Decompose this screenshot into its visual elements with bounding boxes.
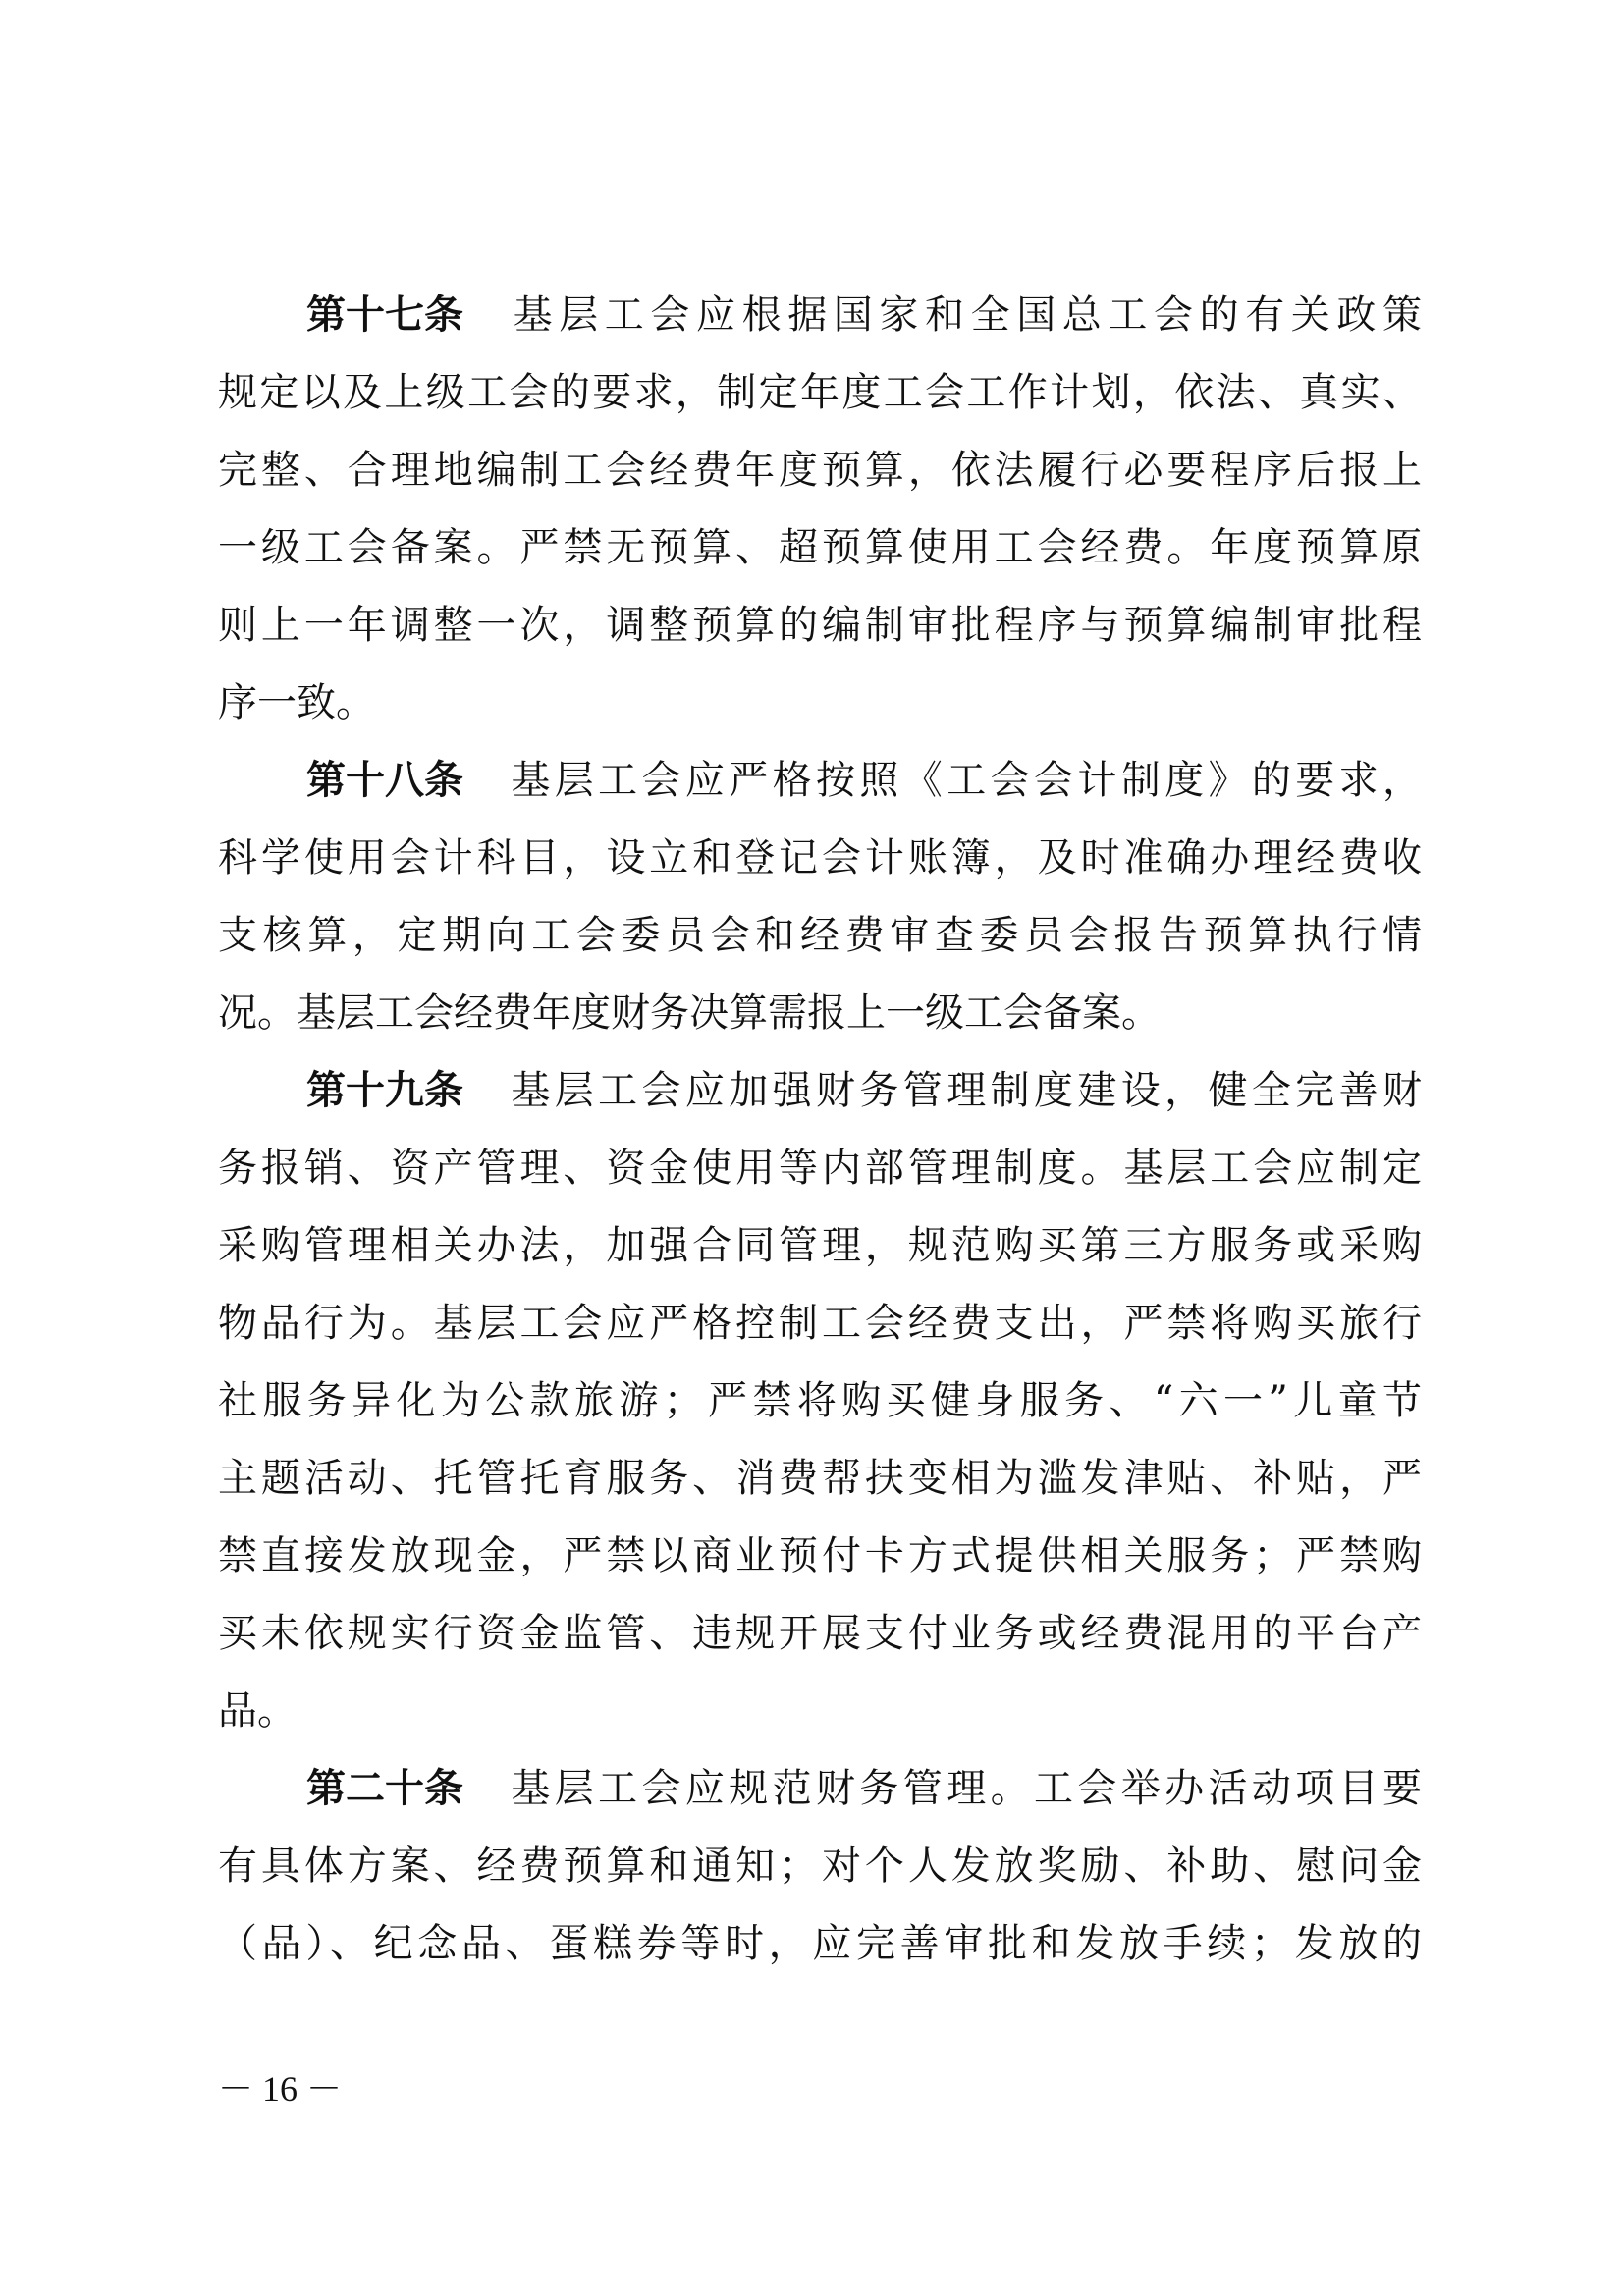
article-heading: 第二十条 bbox=[306, 1761, 463, 1816]
article-19-line-9: 品。 bbox=[218, 1683, 1422, 1738]
article-19-line-3: 采购管理相关办法，加强合同管理，规范购买第三方服务或采购 bbox=[218, 1218, 1422, 1273]
article-20-line-3: （品）、纪念品、蛋糕券等时，应完善审批和发放手续；发放的 bbox=[218, 1916, 1422, 1971]
article-20-line-1: 第二十条基层工会应规范财务管理。工会举办活动项目要 bbox=[218, 1761, 1422, 1816]
article-heading: 第十七条 bbox=[306, 288, 463, 343]
article-17-line-3: 完整、合理地编制工会经费年度预算，依法履行必要程序后报上 bbox=[218, 443, 1422, 498]
article-19-line-7: 禁直接发放现金，严禁以商业预付卡方式提供相关服务；严禁购 bbox=[218, 1528, 1422, 1583]
article-19-line-2: 务报销、资产管理、资金使用等内部管理制度。基层工会应制定 bbox=[218, 1141, 1422, 1196]
article-18-line-3: 支核算，定期向工会委员会和经费审查委员会报告预算执行情 bbox=[218, 908, 1422, 963]
article-18-line-1: 第十八条基层工会应严格按照《工会会计制度》的要求， bbox=[218, 753, 1422, 808]
article-text: 基层工会应规范财务管理。工会举办活动项目要 bbox=[507, 1766, 1422, 1811]
article-17-line-6: 序一致。 bbox=[218, 675, 1422, 730]
article-heading: 第十八条 bbox=[306, 753, 463, 808]
article-text: 基层工会应根据国家和全国总工会的有关政策 bbox=[507, 293, 1422, 338]
page-number: － 16 － bbox=[218, 2065, 342, 2112]
article-17-line-1: 第十七条基层工会应根据国家和全国总工会的有关政策 bbox=[218, 288, 1422, 343]
article-17-line-5: 则上一年调整一次，调整预算的编制审批程序与预算编制审批程 bbox=[218, 598, 1422, 653]
article-heading: 第十九条 bbox=[306, 1063, 463, 1118]
article-19-line-6: 主题活动、托管托育服务、消费帮扶变相为滥发津贴、补贴，严 bbox=[218, 1451, 1422, 1506]
article-20-line-2: 有具体方案、经费预算和通知；对个人发放奖励、补助、慰问金 bbox=[218, 1839, 1422, 1894]
article-19-line-1: 第十九条基层工会应加强财务管理制度建设，健全完善财 bbox=[218, 1063, 1422, 1118]
article-text: 基层工会应加强财务管理制度建设，健全完善财 bbox=[507, 1068, 1422, 1113]
article-19-line-8: 买未依规实行资金监管、违规开展支付业务或经费混用的平台产 bbox=[218, 1606, 1422, 1661]
article-text: 基层工会应严格按照《工会会计制度》的要求， bbox=[507, 758, 1422, 803]
article-19-line-5: 社服务异化为公款旅游；严禁将购买健身服务、“六一”儿童节 bbox=[218, 1373, 1422, 1428]
document-page: 第十七条基层工会应根据国家和全国总工会的有关政策 规定以及上级工会的要求，制定年… bbox=[0, 0, 1624, 2296]
article-17-line-2: 规定以及上级工会的要求，制定年度工会工作计划，依法、真实、 bbox=[218, 365, 1422, 420]
article-18-line-2: 科学使用会计科目，设立和登记会计账簿，及时准确办理经费收 bbox=[218, 830, 1422, 885]
article-17-line-4: 一级工会备案。严禁无预算、超预算使用工会经费。年度预算原 bbox=[218, 520, 1422, 575]
article-19-line-4: 物品行为。基层工会应严格控制工会经费支出，严禁将购买旅行 bbox=[218, 1296, 1422, 1351]
article-18-line-4: 况。基层工会经费年度财务决算需报上一级工会备案。 bbox=[218, 986, 1422, 1041]
